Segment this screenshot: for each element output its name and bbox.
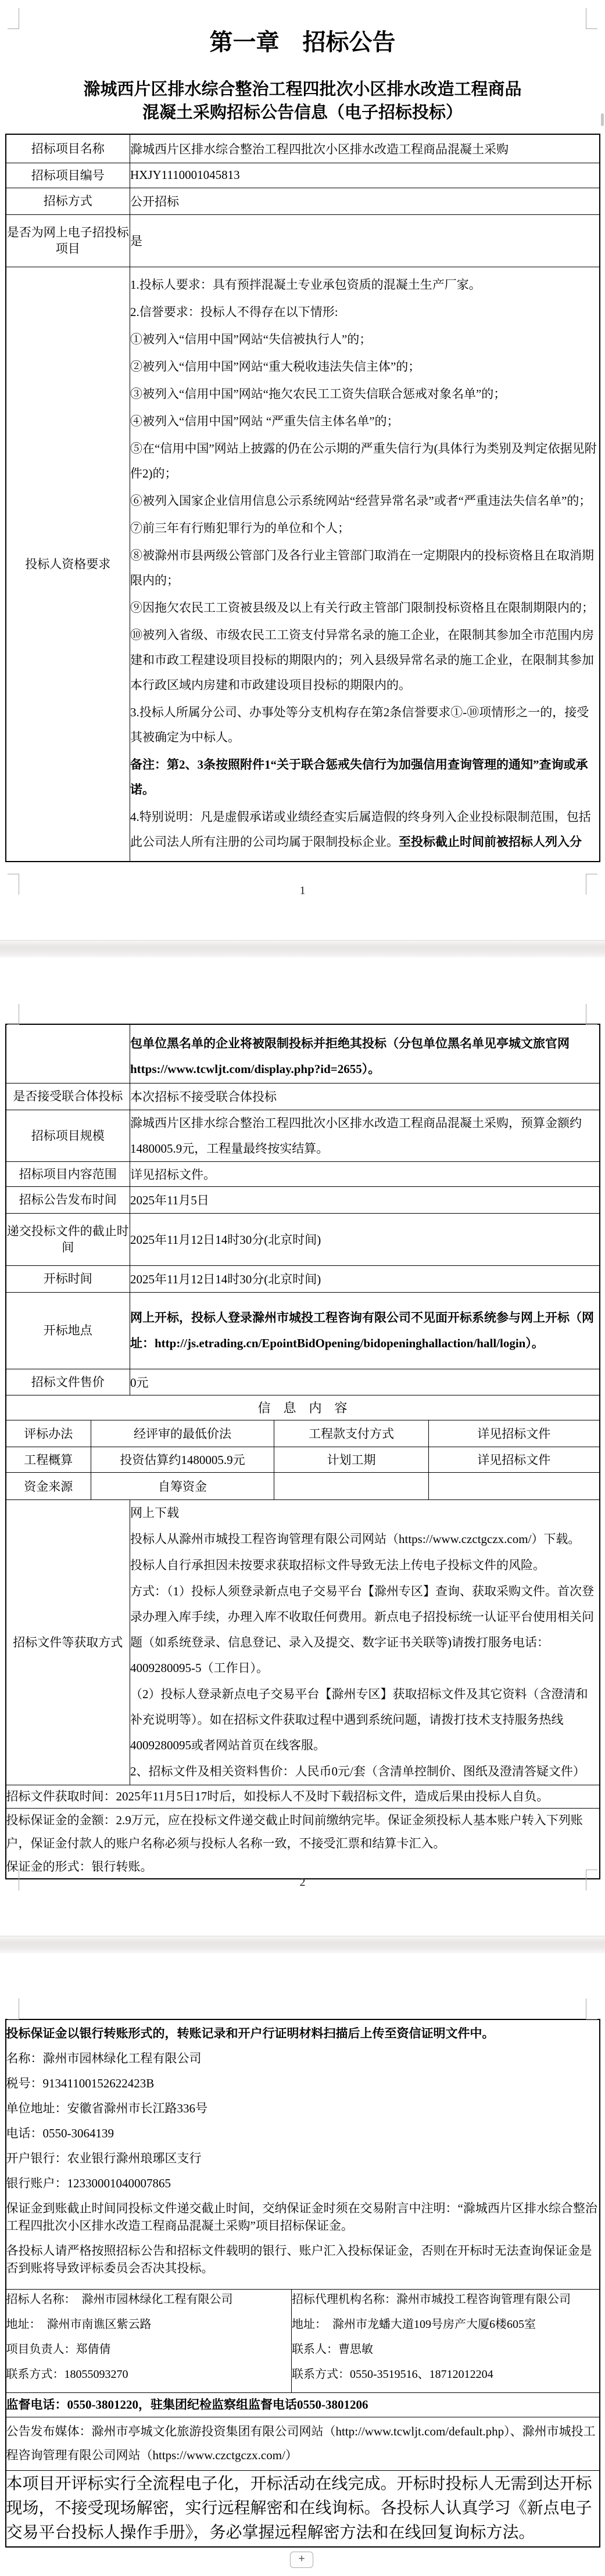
row-label: 招标公告发布时间 bbox=[6, 1186, 130, 1213]
tenderer-contact-cell: 招标人名称： 滁州市园林绿化工程有限公司地址： 滁州市南谯区紫云路项目负责人：郑… bbox=[6, 2289, 292, 2392]
row-label: 招标文件售价 bbox=[6, 1369, 130, 1395]
chapter-title: 第一章 招标公告 bbox=[0, 29, 605, 56]
document-obtain-cell: 网上下载投标人从滁州市城投工程咨询管理有限公司网站（https://www.cz… bbox=[130, 1499, 600, 1785]
grid-cell: 自筹资金 bbox=[91, 1472, 274, 1499]
row-value: 2025年11月5日 bbox=[130, 1186, 600, 1213]
scrollbar-thumb[interactable] bbox=[601, 113, 604, 126]
row-label: 招标方式 bbox=[6, 188, 130, 214]
grid-cell: 评标办法 bbox=[6, 1420, 91, 1447]
row-label: 递交投标文件的截止时间 bbox=[6, 1213, 130, 1265]
page-separator bbox=[0, 1936, 605, 1953]
row-label: 招标项目名称 bbox=[6, 134, 130, 163]
row-value: 本次招标不接受联合体投标 bbox=[130, 1083, 600, 1110]
page-number: 2 bbox=[0, 1876, 605, 1889]
row-value: 网上开标，投标人登录滁州市城投工程咨询有限公司不见面开标系统参与网上开标（网址：… bbox=[130, 1292, 600, 1369]
supervision-phone-row: 监督电话：0550-3801220，驻集团纪检监察组监督电话0550-38012… bbox=[6, 2392, 600, 2417]
row-label: 投标人资格要求 bbox=[6, 267, 130, 862]
grid-cell: 经评审的最低价法 bbox=[91, 1420, 274, 1447]
row-value: 2025年11月12日14时30分(北京时间) bbox=[130, 1213, 600, 1265]
tender-contact-table: 投标保证金以银行转账形式的，转账记录和开户行证明材料扫描后上传至资信证明文件中。… bbox=[5, 2019, 600, 2548]
grid-cell: 工程款支付方式 bbox=[274, 1420, 429, 1447]
row-value: 是 bbox=[130, 214, 600, 267]
row-label: 招标项目规模 bbox=[6, 1110, 130, 1161]
deposit-account-cell: 投标保证金以银行转账形式的，转账记录和开户行证明材料扫描后上传至资信证明文件中。… bbox=[6, 2019, 600, 2289]
grid-cell: 详见招标文件 bbox=[429, 1447, 600, 1472]
grid-cell: 资金来源 bbox=[6, 1472, 91, 1499]
tender-info-table: 招标项目名称 滁城西片区排水综合整治工程四批次小区排水改造工程商品混凝土采购 招… bbox=[5, 134, 600, 862]
page-separator bbox=[0, 940, 605, 957]
crop-mark-icon bbox=[8, 1004, 19, 1025]
page-1: 第一章 招标公告 滁城西片区排水综合整治工程四批次小区排水改造工程商品混凝土采购… bbox=[0, 0, 605, 940]
page-3: 投标保证金以银行转账形式的，转账记录和开户行证明材料扫描后上传至资信证明文件中。… bbox=[0, 1953, 605, 2576]
grid-cell: 计划工期 bbox=[274, 1447, 429, 1472]
grid-cell: 投资估算约1480005.9元 bbox=[91, 1447, 274, 1472]
row-value: 公开招标 bbox=[130, 188, 600, 214]
row-label: 是否为网上电子招投标项目 bbox=[6, 214, 130, 267]
grid-cell: 详见招标文件 bbox=[429, 1420, 600, 1447]
row-label: 开标地点 bbox=[6, 1292, 130, 1369]
crop-mark-icon bbox=[8, 1999, 19, 2019]
crop-mark-icon bbox=[8, 8, 19, 29]
crop-mark-icon bbox=[586, 1004, 597, 1025]
expand-plus-button[interactable]: + bbox=[290, 2552, 313, 2568]
bid-deposit-row: 投标保证金的金额：2.9万元，应在投标文件递交截止时间前缴纳完毕。保证金须投标人… bbox=[6, 1808, 600, 1879]
row-label: 开标时间 bbox=[6, 1265, 130, 1292]
info-content-header: 信 息 内 容 bbox=[6, 1395, 600, 1420]
crop-mark-icon bbox=[586, 1999, 597, 2019]
grid-cell: 工程概算 bbox=[6, 1447, 91, 1472]
row-label: 招标项目内容范围 bbox=[6, 1161, 130, 1186]
row-label: 招标项目编号 bbox=[6, 163, 130, 188]
obtain-time-row: 招标文件获取时间：2025年11月5日17时后，如投标人不及时下载招标文件，造成… bbox=[6, 1785, 600, 1808]
row-value: 2025年11月12日14时30分(北京时间) bbox=[130, 1265, 600, 1292]
crop-mark-icon bbox=[586, 8, 597, 29]
blacklist-continuation: 包单位黑名单的企业将被限制投标并拒绝其投标（分包单位黑名单见亭城文旅官网http… bbox=[130, 1024, 600, 1083]
page-2: 包单位黑名单的企业将被限制投标并拒绝其投标（分包单位黑名单见亭城文旅官网http… bbox=[0, 957, 605, 1936]
grid-cell bbox=[429, 1472, 600, 1499]
row-label: 招标文件等获取方式 bbox=[6, 1499, 130, 1785]
qualification-requirements-cell: 1.投标人要求：具有预拌混凝土专业承包资质的混凝土生产厂家。2.信誉要求：投标人… bbox=[130, 267, 600, 862]
tender-info-table-continued: 包单位黑名单的企业将被限制投标并拒绝其投标（分包单位黑名单见亭城文旅官网http… bbox=[5, 1024, 600, 1879]
row-value: 滁城西片区排水综合整治工程四批次小区排水改造工程商品混凝土采购，预算金额约148… bbox=[130, 1110, 600, 1161]
grid-cell bbox=[274, 1472, 429, 1499]
row-value: HXJY1110001045813 bbox=[130, 163, 600, 188]
electronic-bidding-notice-row: 本项目开评标实行全流程电子化，开标活动在线完成。开标时投标人无需到达开标现场，不… bbox=[6, 2470, 600, 2547]
row-label-empty bbox=[6, 1024, 130, 1083]
announcement-media-row: 公告发布媒体：滁州市亭城文化旅游投资集团有限公司网站（http://www.tc… bbox=[6, 2417, 600, 2470]
agency-contact-cell: 招标代理机构名称：滁州市城投工程咨询管理有限公司地址： 滁州市龙蟠大道109号房… bbox=[292, 2289, 600, 2392]
row-value: 详见招标文件。 bbox=[130, 1161, 600, 1186]
row-value: 0元 bbox=[130, 1369, 600, 1395]
page-number: 1 bbox=[0, 884, 605, 898]
row-label: 是否接受联合体投标 bbox=[6, 1083, 130, 1110]
row-value: 滁城西片区排水综合整治工程四批次小区排水改造工程商品混凝土采购 bbox=[130, 134, 600, 163]
document-title: 滁城西片区排水综合整治工程四批次小区排水改造工程商品混凝土采购招标公告信息（电子… bbox=[80, 78, 525, 124]
